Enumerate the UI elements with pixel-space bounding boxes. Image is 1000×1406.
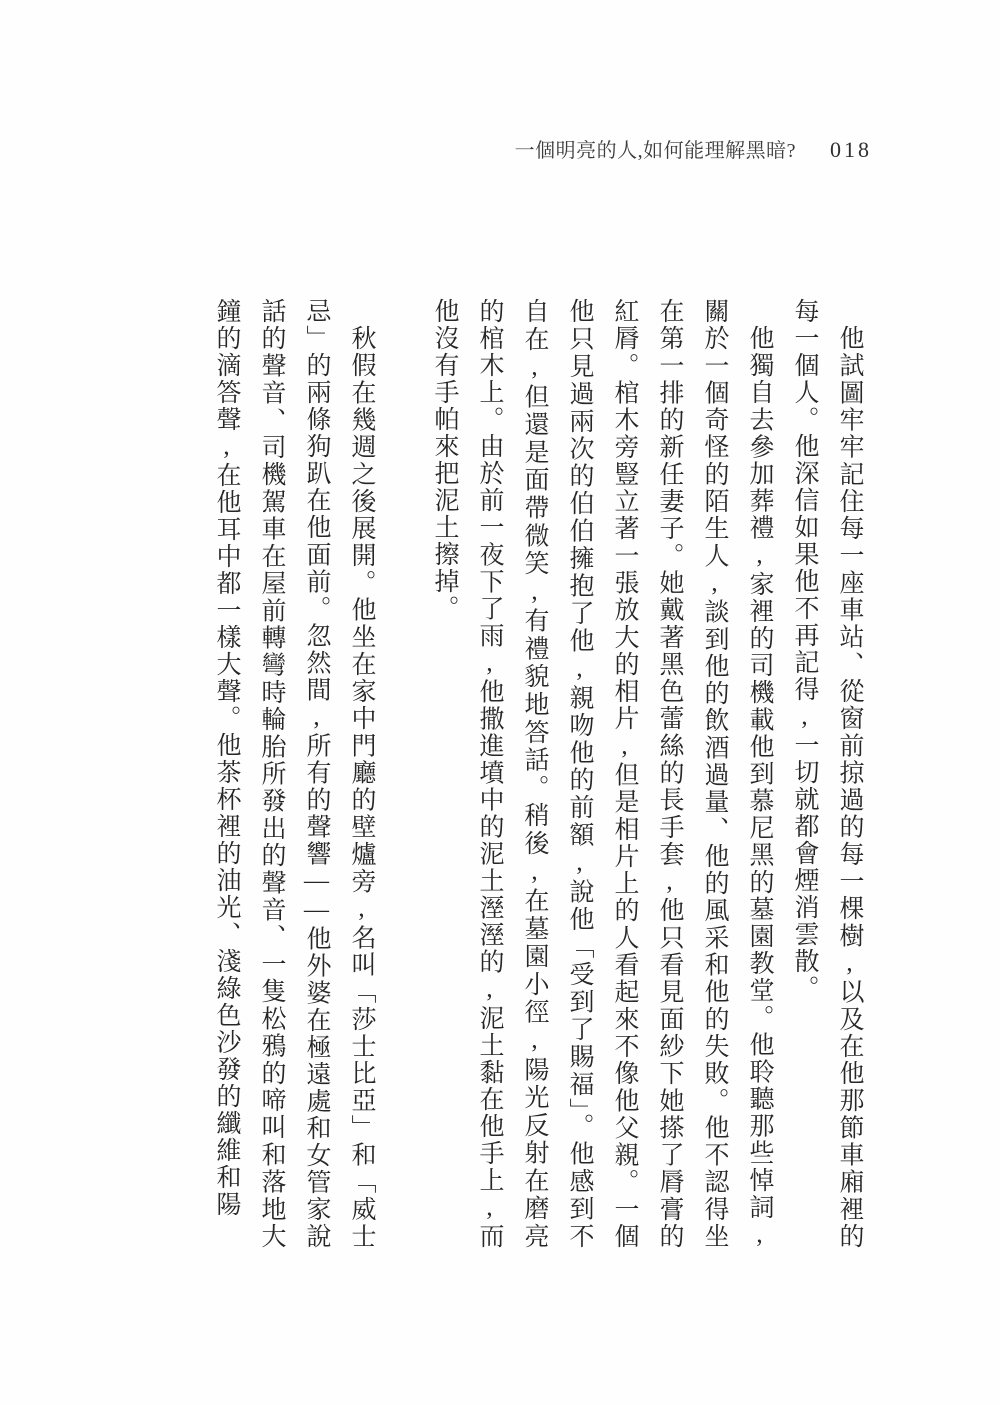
body-text: 他試圖牢牢記住每一座車站、從窗前掠過的每一棵樹,以及在他那節車廂裡的每一個人。他… [204, 298, 872, 1250]
running-header: 一個明亮的人,如何能理解黑暗? 018 [515, 134, 872, 163]
paragraph-autumn-vacation: 秋假在幾週之後展開。他坐在家中門廳的壁爐旁,名叫「莎士比亞」和「威士忌」的兩條狗… [204, 298, 384, 1250]
book-page: 一個明亮的人,如何能理解黑暗? 018 他試圖牢牢記住每一座車站、從窗前掠過的每… [0, 0, 1000, 1406]
running-title: 一個明亮的人,如何能理解黑暗? [515, 134, 796, 163]
page-number: 018 [830, 137, 872, 163]
paragraph-funeral: 他獨自去參加葬禮,家裡的司機載他到慕尼黑的墓園教堂。他聆聽那些悼詞,關於一個奇怪… [422, 298, 782, 1250]
paragraph-train-memory: 他試圖牢牢記住每一座車站、從窗前掠過的每一棵樹,以及在他那節車廂裡的每一個人。他… [782, 298, 872, 1250]
